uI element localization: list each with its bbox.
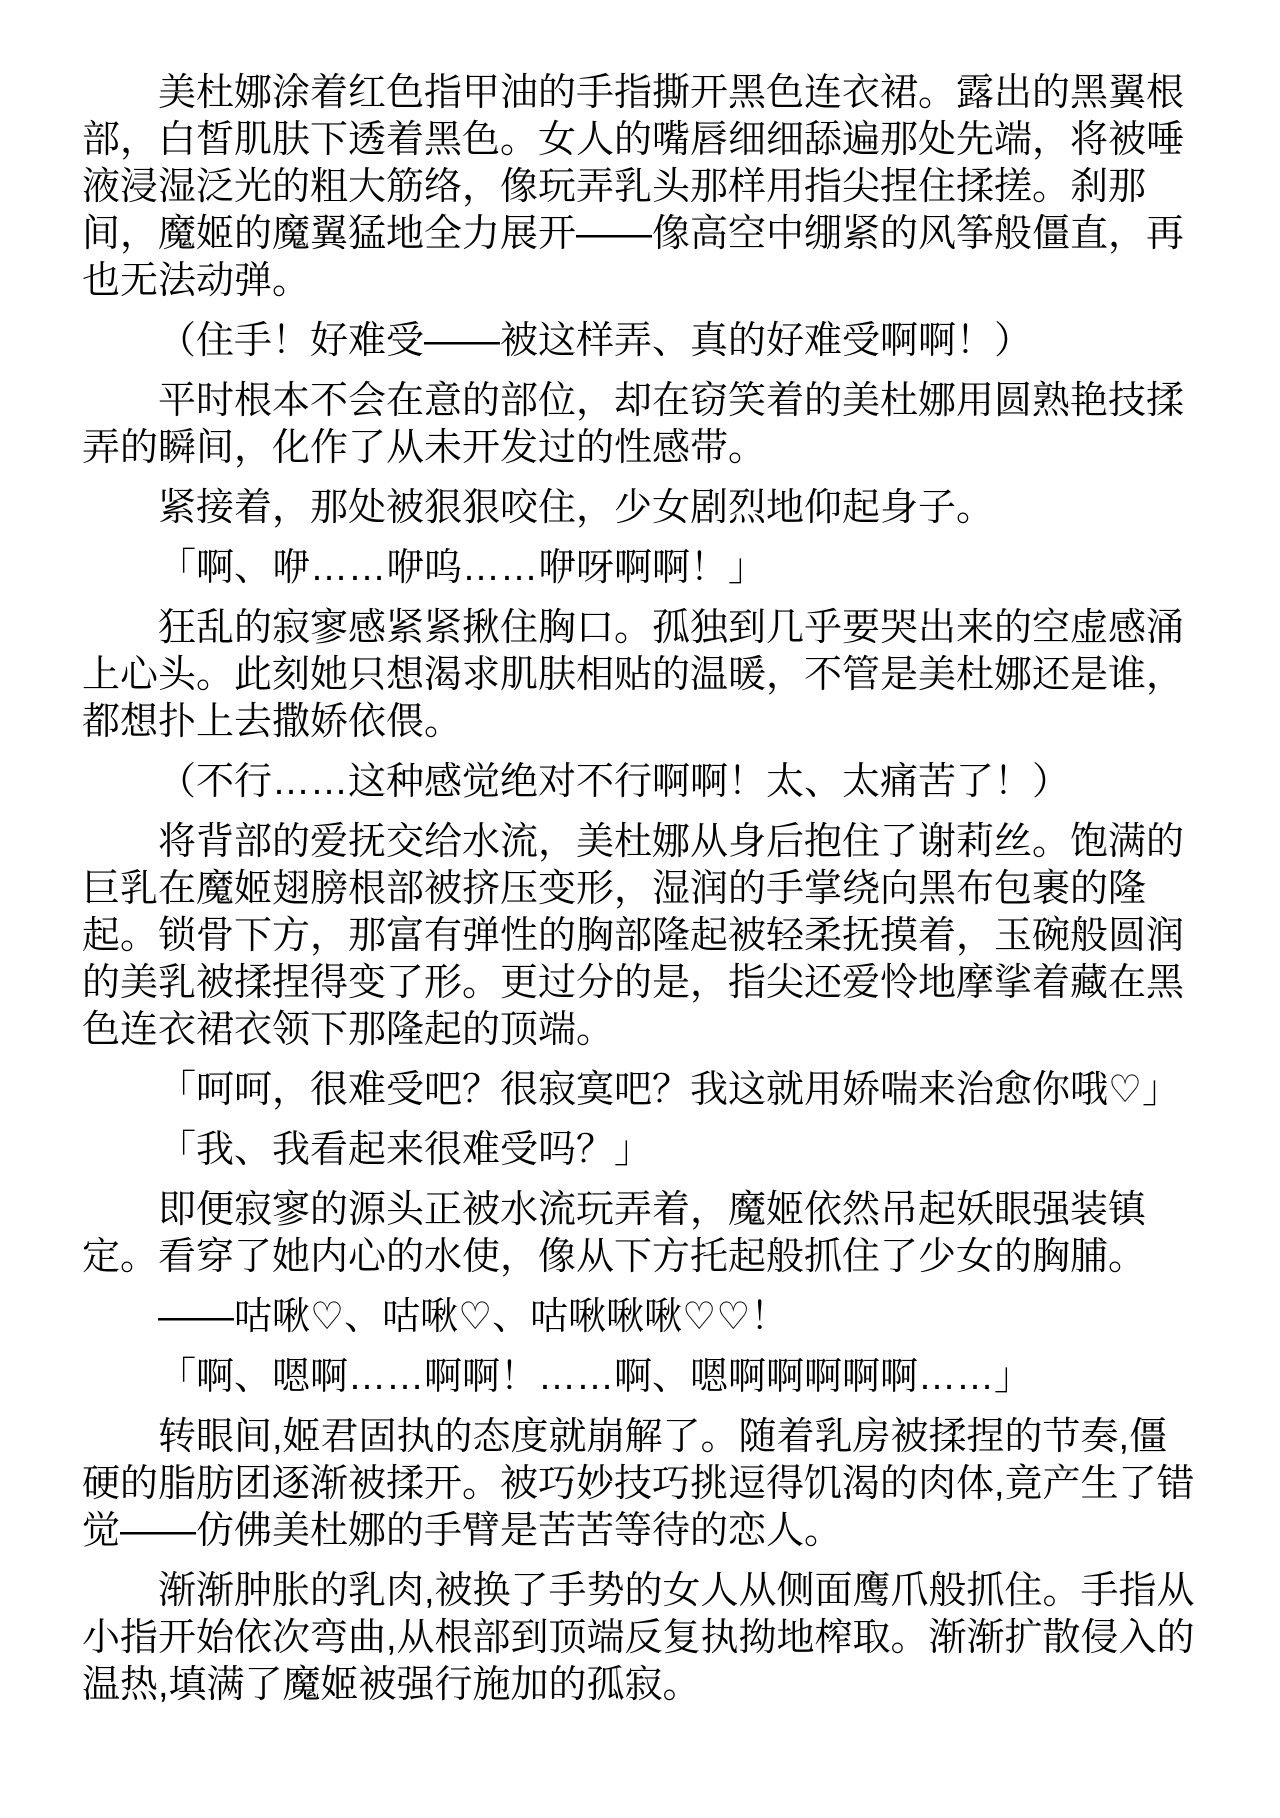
paragraph-inner-thought: （住手！好难受——被这样弄、真的好难受啊啊！）	[82, 318, 1202, 365]
paragraph-narration: 转眼间,姬君固执的态度就崩解了。随着乳房被揉捏的节奏,僵硬的脂肪团逐渐被揉开。被…	[82, 1414, 1202, 1555]
novel-page: 美杜娜涂着红色指甲油的手指撕开黑色连衣裙。露出的黑翼根部，白皙肌肤下透着黑色。女…	[0, 0, 1280, 1818]
paragraph-narration: 将背部的爱抚交给水流，美杜娜从身后抱住了谢莉丝。饱满的巨乳在魔姬翅膀根部被挤压变…	[82, 819, 1202, 1054]
paragraph-sfx: ——咕啾♡、咕啾♡、咕啾啾啾♡♡！	[82, 1294, 1202, 1341]
paragraph-narration: 狂乱的寂寥感紧紧揪住胸口。孤独到几乎要哭出来的空虚感涌上心头。此刻她只想渴求肌肤…	[82, 605, 1202, 746]
paragraph-narration: 即便寂寥的源头正被水流玩弄着，魔姬依然吊起妖眼强装镇定。看穿了她内心的水使，像从…	[82, 1187, 1202, 1281]
paragraph-inner-thought: （不行……这种感觉绝对不行啊啊！太、太痛苦了！）	[82, 759, 1202, 806]
paragraph-narration: 平时根本不会在意的部位，却在窃笑着的美杜娜用圆熟艳技揉弄的瞬间，化作了从未开发过…	[82, 378, 1202, 472]
paragraph-dialogue: 「啊、咿……咿呜……咿呀啊啊！」	[82, 545, 1202, 592]
paragraph-narration: 渐渐肿胀的乳肉,被换了手势的女人从侧面鹰爪般抓住。手指从小指开始依次弯曲,从根部…	[82, 1568, 1202, 1709]
paragraph-dialogue: 「呵呵，很难受吧？很寂寞吧？我这就用娇喘来治愈你哦♡」	[82, 1067, 1202, 1114]
paragraph-narration: 美杜娜涂着红色指甲油的手指撕开黑色连衣裙。露出的黑翼根部，白皙肌肤下透着黑色。女…	[82, 70, 1202, 305]
paragraph-dialogue: 「啊、嗯啊……啊啊！……啊、嗯啊啊啊啊啊……」	[82, 1354, 1202, 1401]
paragraph-narration: 紧接着，那处被狠狠咬住，少女剧烈地仰起身子。	[82, 485, 1202, 532]
paragraph-dialogue: 「我、我看起来很难受吗？」	[82, 1127, 1202, 1174]
